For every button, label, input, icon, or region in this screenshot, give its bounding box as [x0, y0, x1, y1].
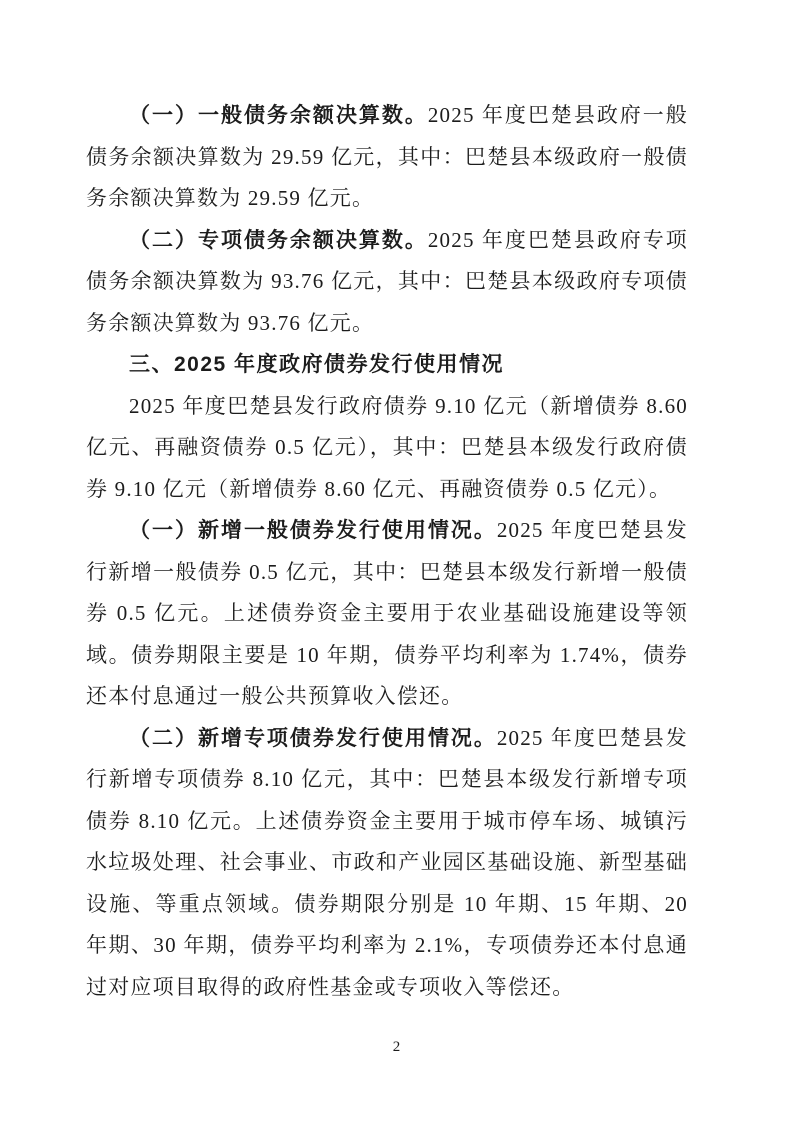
paragraph-lead: （一）新增一般债券发行使用情况。 [129, 518, 497, 542]
paragraph: （一）新增一般债券发行使用情况。2025 年度巴楚县发行新增一般债券 0.5 亿… [86, 510, 688, 718]
paragraph: 2025 年度巴楚县发行政府债券 9.10 亿元（新增债券 8.60 亿元、再融… [86, 386, 688, 511]
document-page: （一）一般债务余额决算数。2025 年度巴楚县政府一般债务余额决算数为 29.5… [0, 0, 793, 1122]
paragraph-text: 2025 年度巴楚县发行政府债券 9.10 亿元（新增债券 8.60 亿元、再融… [86, 394, 688, 501]
paragraph-lead: （二）专项债务余额决算数。 [129, 228, 428, 252]
section-heading: 三、2025 年度政府债券发行使用情况 [86, 344, 688, 386]
paragraph: （二）专项债务余额决算数。2025 年度巴楚县政府专项债务余额决算数为 93.7… [86, 220, 688, 345]
page-number: 2 [0, 1037, 793, 1057]
document-body: （一）一般债务余额决算数。2025 年度巴楚县政府一般债务余额决算数为 29.5… [86, 95, 688, 1008]
paragraph-lead: （一）一般债务余额决算数。 [129, 103, 428, 127]
paragraph-text: 2025 年度巴楚县发行新增一般债券 0.5 亿元，其中：巴楚县本级发行新增一般… [86, 518, 688, 708]
paragraph-text: 2025 年度巴楚县发行新增专项债券 8.10 亿元，其中：巴楚县本级发行新增专… [86, 726, 688, 999]
paragraph: （二）新增专项债券发行使用情况。2025 年度巴楚县发行新增专项债券 8.10 … [86, 718, 688, 1009]
paragraph: （一）一般债务余额决算数。2025 年度巴楚县政府一般债务余额决算数为 29.5… [86, 95, 688, 220]
paragraph-lead: （二）新增专项债券发行使用情况。 [129, 726, 497, 750]
